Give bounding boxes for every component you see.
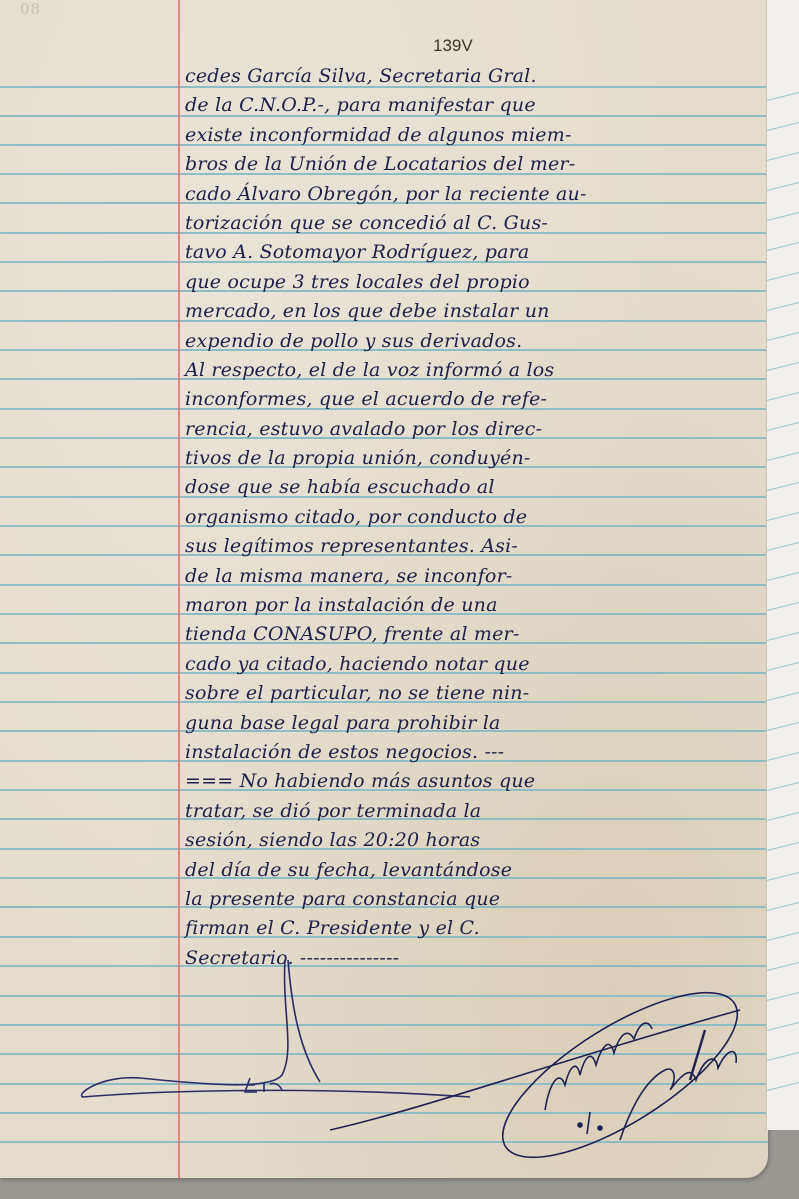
- adjacent-page-edge: [766, 0, 799, 1130]
- signature-left: [82, 960, 470, 1097]
- signature-right: [330, 963, 760, 1178]
- signatures: [0, 0, 768, 1178]
- ledger-page: 08 139V cedes García Silva, Secretaria G…: [0, 0, 768, 1178]
